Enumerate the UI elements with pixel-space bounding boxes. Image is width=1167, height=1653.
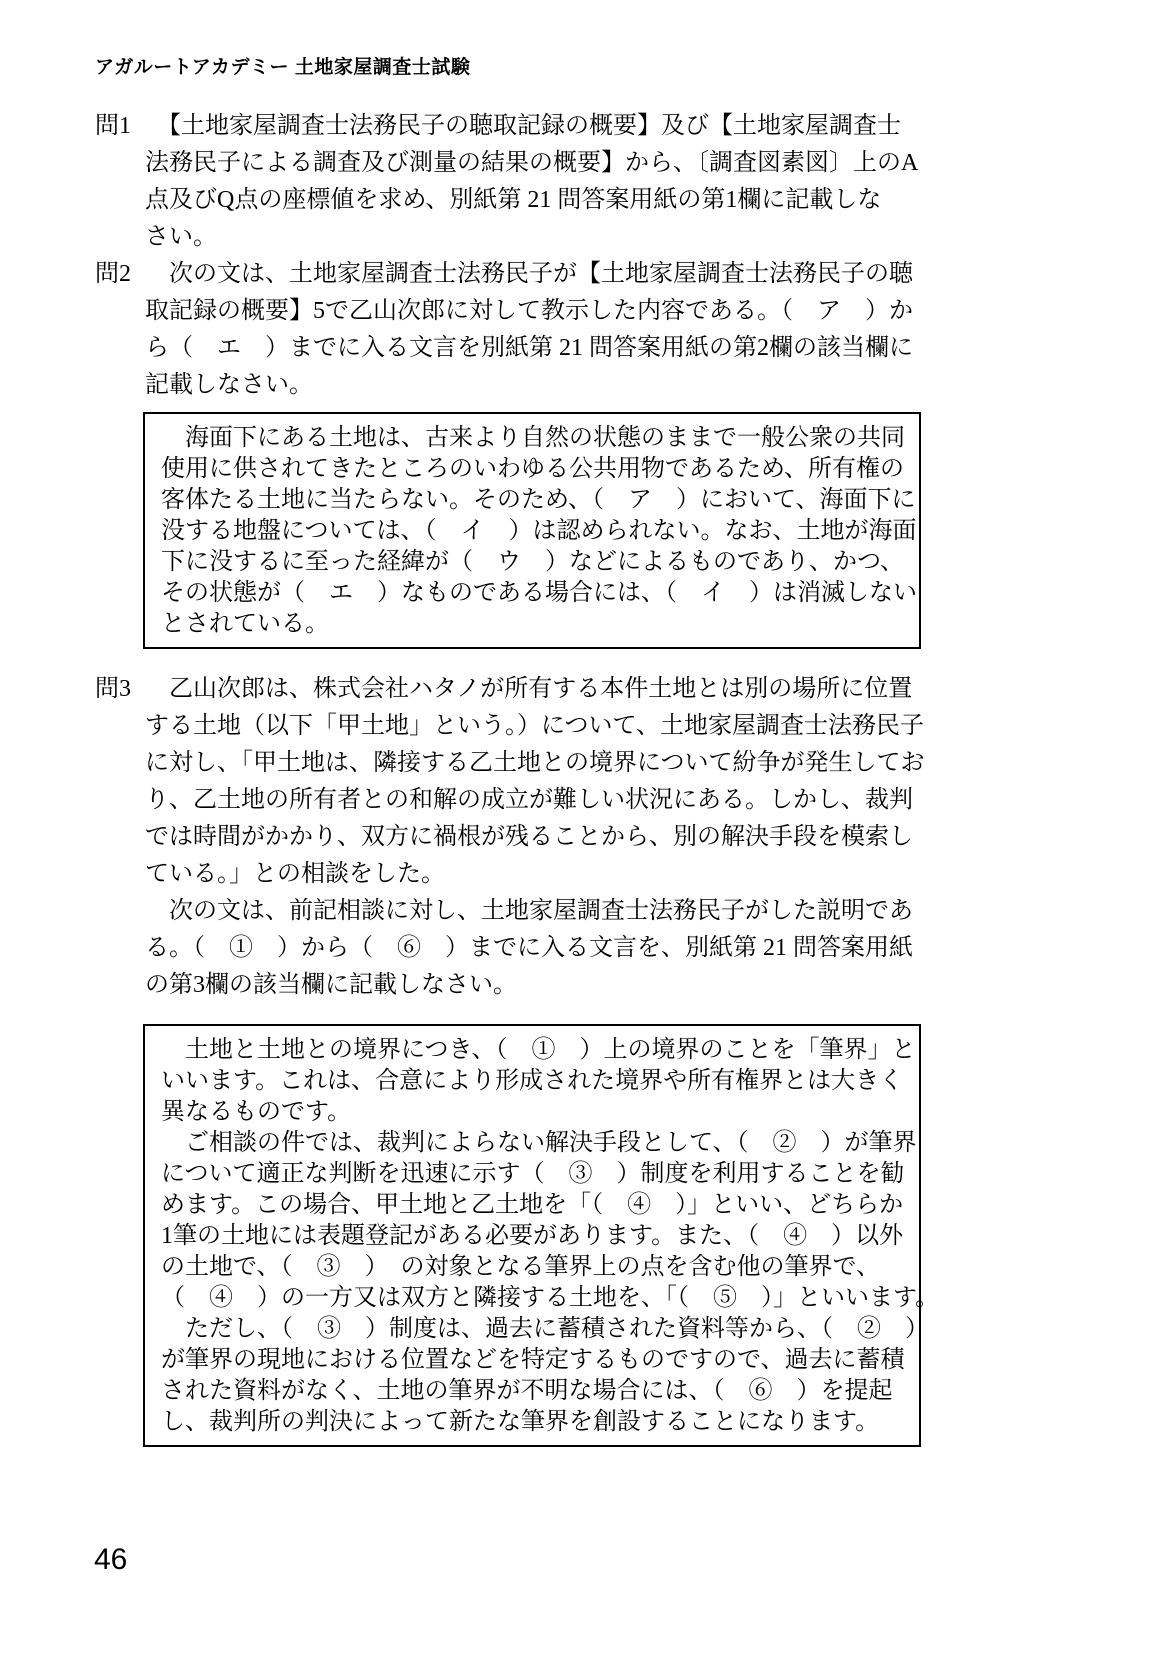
text-line: いいます。これは、合意により形成された境界や所有権界とは大きく bbox=[161, 1066, 907, 1097]
text-line: が筆界の現地における位置などを特定するものですので、過去に蓄積 bbox=[161, 1345, 907, 1376]
text-line: 使用に供されてきたところのいわゆる公共用物であるため、所有権の bbox=[161, 454, 907, 485]
text-line: 点及びQ点の座標値を求め、別紙第 21 問答案用紙の第1欄に記載しな bbox=[145, 182, 927, 219]
text-line: 乙山次郎は、株式会社ハタノが所有する本件土地とは別の場所に位置 bbox=[145, 671, 927, 708]
text-line: 記載しなさい。 bbox=[145, 367, 927, 404]
text-line: さい。 bbox=[145, 219, 927, 256]
text-line: について適正な判断を迅速に示す（ ③ ）制度を利用することを勧 bbox=[161, 1159, 907, 1190]
question-2: 問2 次の文は、土地家屋調査士法務民子が【土地家屋調査士法務民子の聴 取記録の概… bbox=[95, 256, 927, 404]
text-line: では時間がかかり、双方に禍根が残ることから、別の解決手段を模索し bbox=[145, 819, 927, 856]
text-line: 法務民子による調査及び測量の結果の概要】から、〔調査図素図〕上のA bbox=[145, 145, 927, 182]
question-2-label: 問2 bbox=[95, 256, 131, 293]
text-line: 没する地盤については、（ イ ）は認められない。なお、土地が海面 bbox=[161, 516, 907, 547]
text-line: 次の文は、前記相談に対し、土地家屋調査士法務民子がした説明であ bbox=[145, 893, 927, 930]
question-3-label: 問3 bbox=[95, 671, 131, 708]
text-line: の土地で、（ ③ ） の対象となる筆界上の点を含む他の筆界で、 bbox=[161, 1252, 907, 1283]
text-line: の第3欄の該当欄に記載しなさい。 bbox=[145, 967, 927, 1004]
question-1: 問1 【土地家屋調査士法務民子の聴取記録の概要】及び【土地家屋調査士 法務民子に… bbox=[95, 108, 927, 256]
quoted-passage-1: 海面下にある土地は、古来より自然の状態のままで一般公衆の共同 使用に供されてきた… bbox=[143, 412, 921, 649]
text-line: 客体たる土地に当たらない。そのため、（ ア ）において、海面下に bbox=[161, 485, 907, 516]
document-page: アガルートアカデミー 土地家屋調査士試験 問1 【土地家屋調査士法務民子の聴取記… bbox=[0, 0, 1167, 1653]
quoted-passage-2: 土地と土地との境界につき、（ ① ）上の境界のことを「筆界」と いいます。これは… bbox=[143, 1024, 921, 1447]
text-line: された資料がなく、土地の筆界が不明な場合には、（ ⑥ ）を提起 bbox=[161, 1376, 907, 1407]
text-line: る。（ ① ）から（ ⑥ ）までに入る文言を、別紙第 21 問答案用紙 bbox=[145, 930, 927, 967]
question-3: 問3 乙山次郎は、株式会社ハタノが所有する本件土地とは別の場所に位置 する土地（… bbox=[95, 671, 927, 1004]
text-line: 取記録の概要】5で乙山次郎に対して教示した内容である。（ ア ）か bbox=[145, 293, 927, 330]
text-line: ら（ エ ）までに入る文言を別紙第 21 問答案用紙の第2欄の該当欄に bbox=[145, 330, 927, 367]
text-line: する土地（以下「甲土地」という。）について、土地家屋調査士法務民子 bbox=[145, 708, 927, 745]
text-line: ご相談の件では、裁判によらない解決手段として、（ ② ）が筆界 bbox=[161, 1128, 907, 1159]
text-line: り、乙土地の所有者との和解の成立が難しい状況にある。しかし、裁判 bbox=[145, 782, 927, 819]
page-number: 46 bbox=[94, 1543, 127, 1577]
text-line: 次の文は、土地家屋調査士法務民子が【土地家屋調査士法務民子の聴 bbox=[145, 256, 927, 293]
text-line: 海面下にある土地は、古来より自然の状態のままで一般公衆の共同 bbox=[161, 423, 907, 454]
text-line: その状態が（ エ ）なものである場合には、（ イ ）は消滅しない bbox=[161, 578, 907, 609]
text-line: ただし、（ ③ ）制度は、過去に蓄積された資料等から、（ ② ） bbox=[161, 1314, 907, 1345]
text-line: 下に没するに至った経緯が（ ウ ）などによるものであり、かつ、 bbox=[161, 547, 907, 578]
page-header: アガルートアカデミー 土地家屋調査士試験 bbox=[95, 52, 470, 79]
text-line: ている。」との相談をした。 bbox=[145, 856, 927, 893]
text-line: めます。この場合、甲土地と乙土地を「（ ④ ）」といい、どちらか bbox=[161, 1190, 907, 1221]
text-line: 異なるものです。 bbox=[161, 1097, 907, 1128]
text-line: 土地と土地との境界につき、（ ① ）上の境界のことを「筆界」と bbox=[161, 1035, 907, 1066]
text-line: （ ④ ）の一方又は双方と隣接する土地を、「（ ⑤ ）」といいます。 bbox=[161, 1283, 907, 1314]
text-line: 1筆の土地には表題登記がある必要があります。また、（ ④ ）以外 bbox=[161, 1221, 907, 1252]
text-line: に対し、「甲土地は、隣接する乙土地との境界について紛争が発生してお bbox=[145, 745, 927, 782]
document-body: 問1 【土地家屋調査士法務民子の聴取記録の概要】及び【土地家屋調査士 法務民子に… bbox=[95, 108, 927, 1447]
text-line: 【土地家屋調査士法務民子の聴取記録の概要】及び【土地家屋調査士 bbox=[145, 108, 927, 145]
question-1-label: 問1 bbox=[95, 108, 131, 145]
text-line: し、裁判所の判決によって新たな筆界を創設することになります。 bbox=[161, 1407, 907, 1438]
text-line: とされている。 bbox=[161, 609, 907, 640]
